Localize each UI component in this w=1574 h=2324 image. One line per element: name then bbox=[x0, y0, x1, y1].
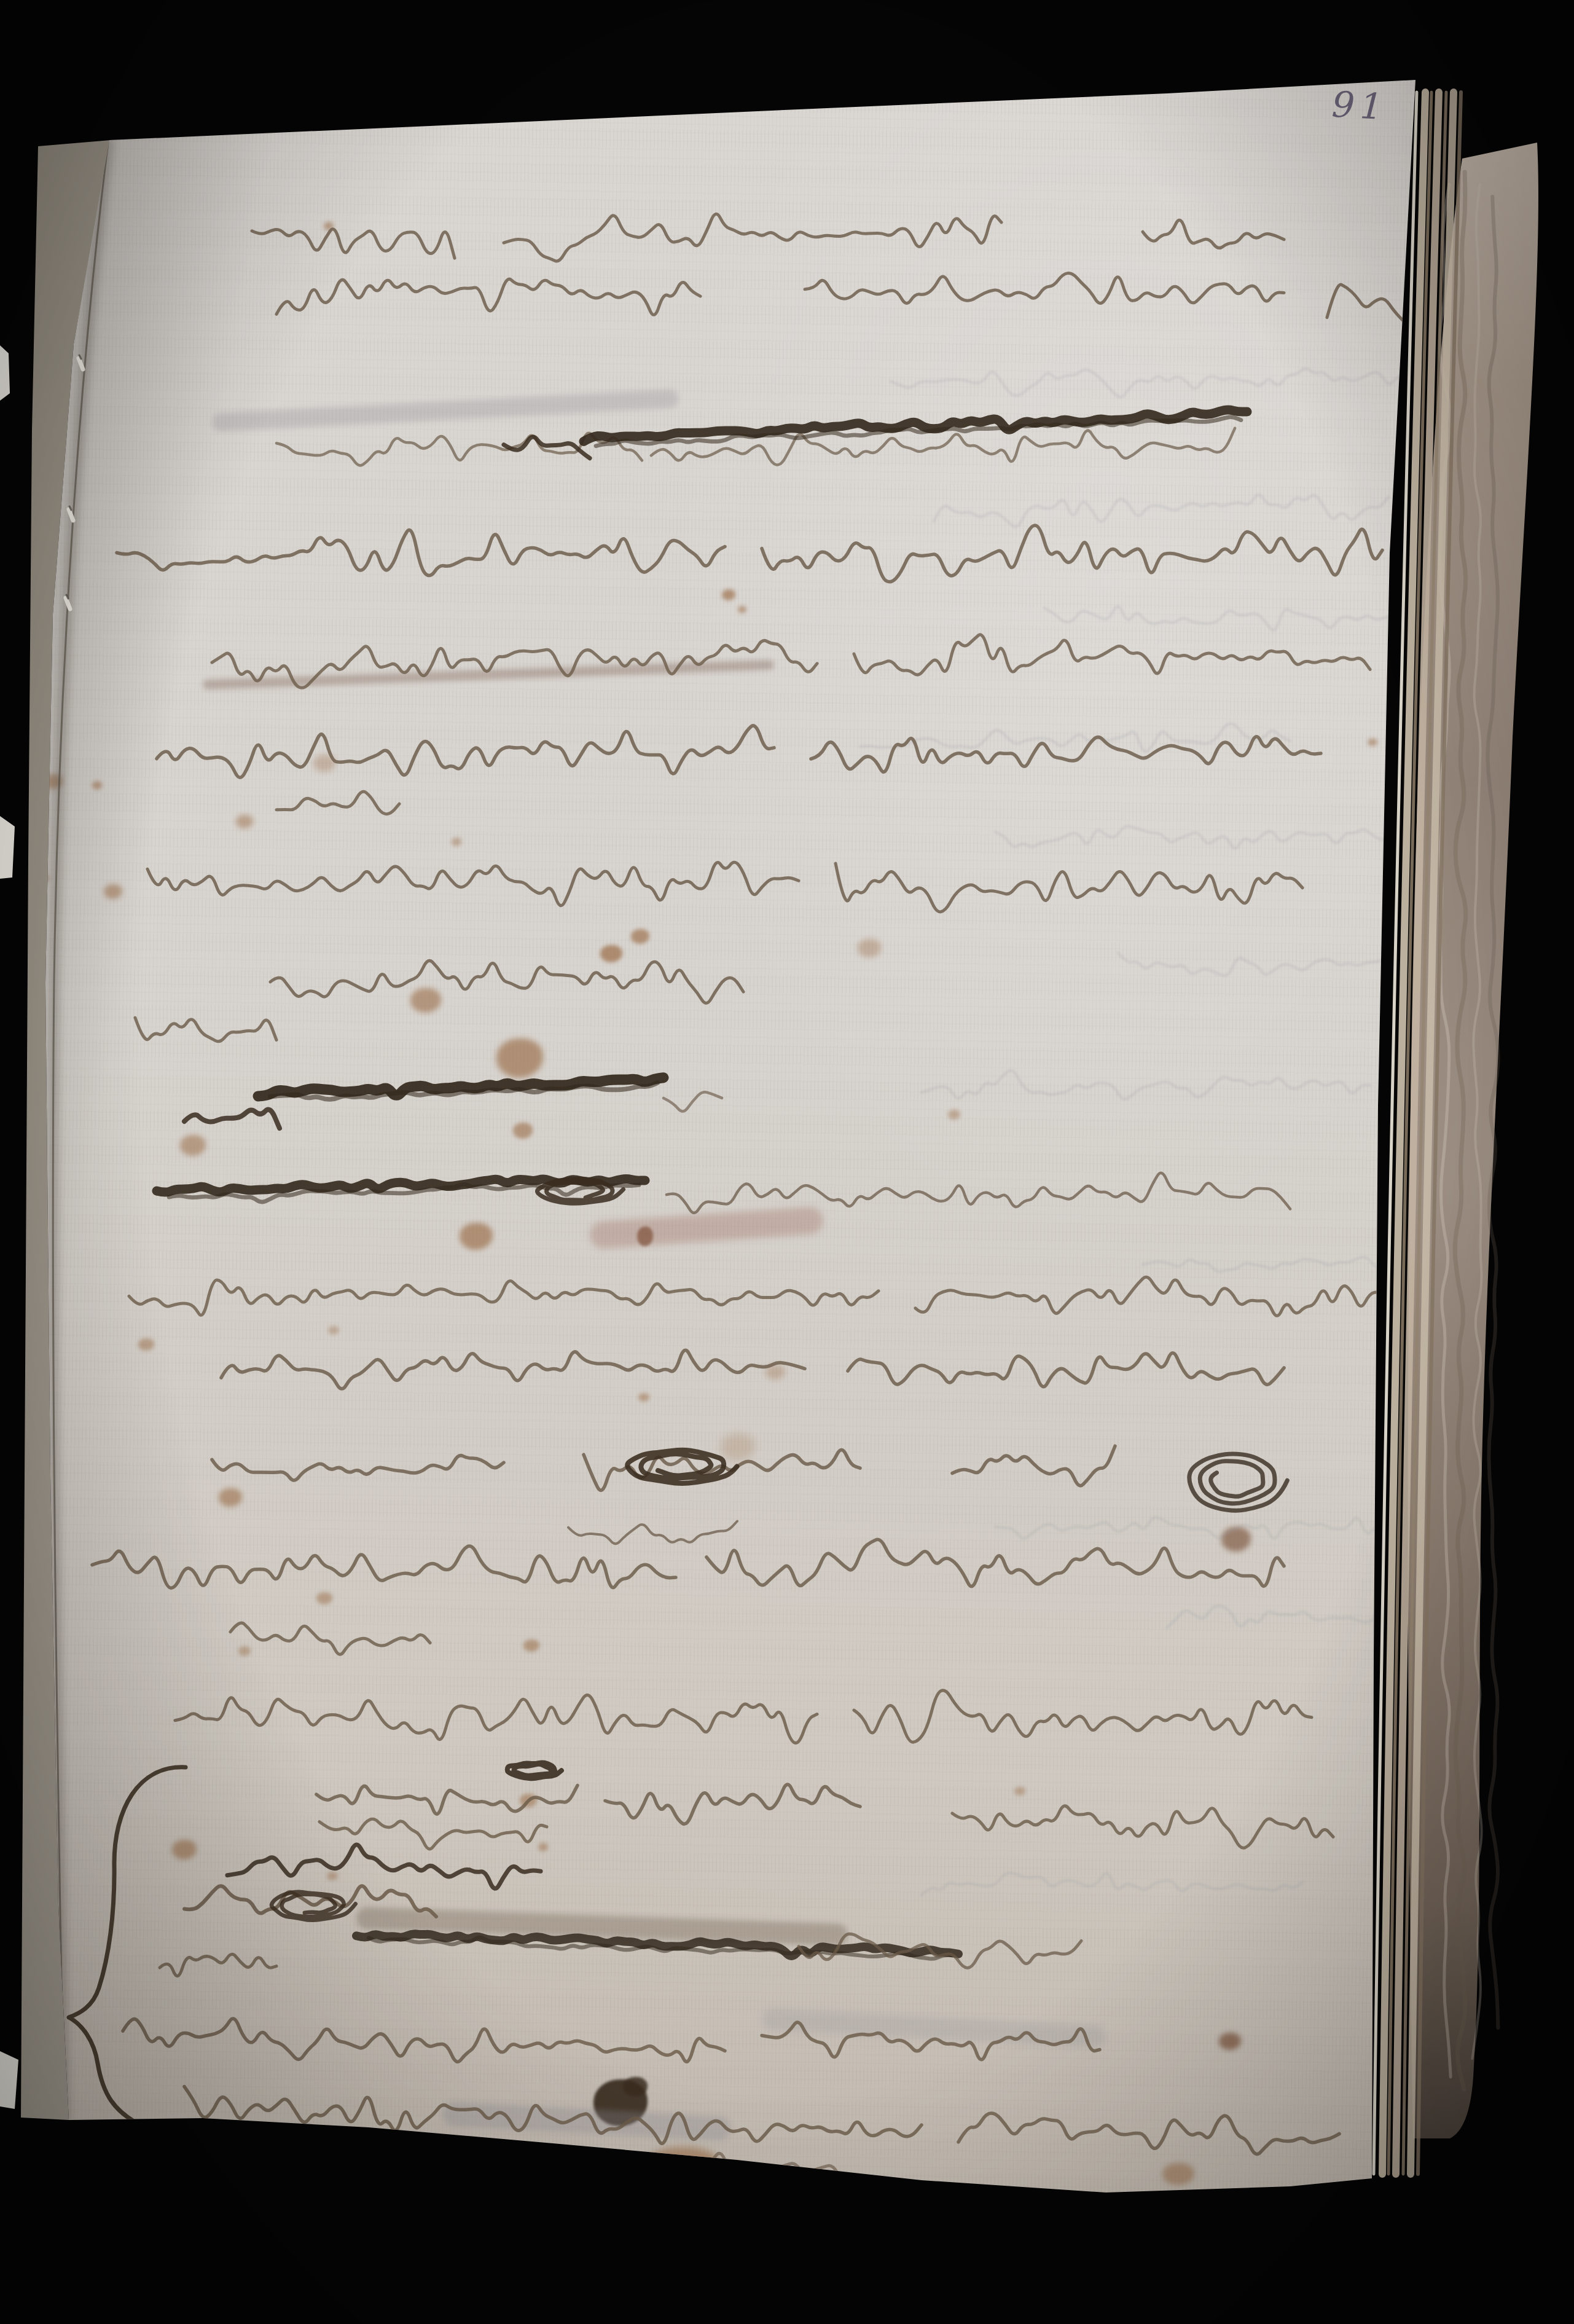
page-number: 91 bbox=[1331, 84, 1389, 128]
gutter-crease bbox=[53, 143, 108, 2119]
photo-root: 91 bbox=[0, 0, 1574, 2324]
vellum-binding bbox=[1374, 92, 1538, 2174]
ink-showthrough-layer bbox=[860, 369, 1413, 1895]
handwriting-strokes bbox=[69, 214, 1407, 2189]
handwriting-layer bbox=[0, 0, 1574, 2324]
